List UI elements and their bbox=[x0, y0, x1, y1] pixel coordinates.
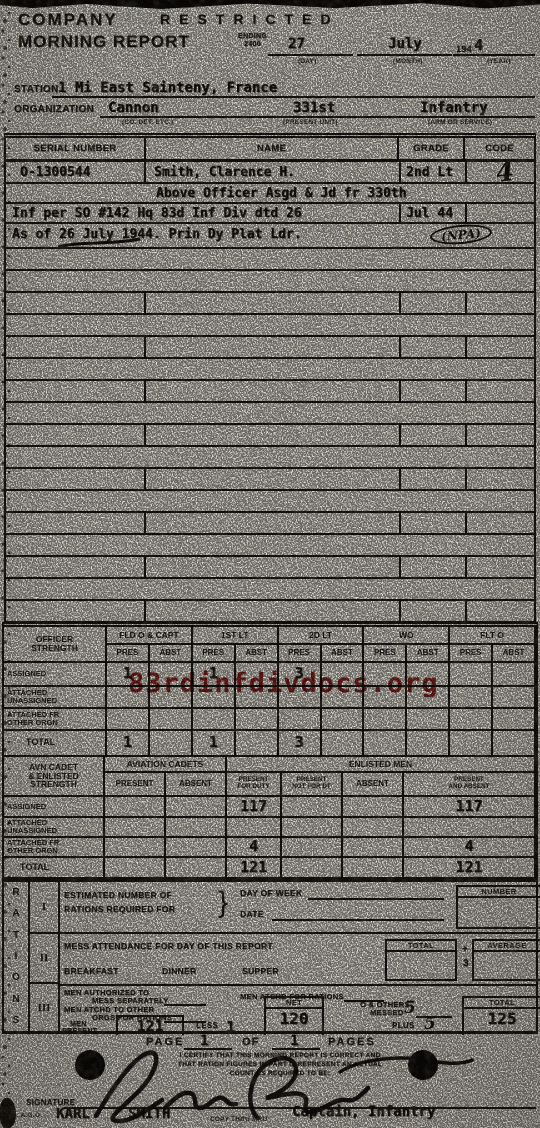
organization-unit-caption: (CO. DET. ETC.) bbox=[122, 119, 173, 126]
roster-entry-row: O-1300544 Smith, Clarence H. 2nd Lt 4 bbox=[6, 162, 534, 184]
side-letter: R bbox=[12, 887, 19, 898]
station-label: STATION bbox=[14, 84, 59, 95]
cell bbox=[282, 797, 343, 818]
cell bbox=[236, 731, 279, 755]
row-label-attached-other: ATTACHED FR OTHER ORGN bbox=[4, 709, 107, 731]
punch-hole-right bbox=[408, 1050, 438, 1080]
station-value: 1 Mi East Sainteny, France bbox=[58, 80, 277, 96]
mess-attendance-label: MESS ATTENDANCE FOR DAY OF THIS REPORT bbox=[64, 941, 273, 951]
rations-part-numerals: I II III bbox=[30, 882, 60, 1031]
cell bbox=[364, 731, 407, 755]
enlisted-attother-pa: 4 bbox=[404, 838, 536, 858]
total-rations-value: 125 bbox=[464, 1009, 540, 1028]
roster-blank-row bbox=[6, 513, 534, 535]
fine-print: COPY THRU MRU bbox=[210, 1116, 267, 1123]
cell bbox=[493, 663, 536, 687]
sub-abst: ABST bbox=[407, 645, 450, 663]
cell bbox=[450, 709, 493, 731]
rations-part-iii-row: MEN AUTHORIZED TO MESS SEPARATELY MEN AT… bbox=[60, 988, 536, 1035]
part-iii: III bbox=[30, 984, 58, 1031]
form-title-line2: MORNING REPORT bbox=[18, 32, 190, 52]
total-box: TOTAL bbox=[385, 939, 457, 981]
group-aviation-cadets: AVIATION CADETS bbox=[105, 757, 227, 773]
punch-hole-left bbox=[75, 1050, 105, 1080]
classification-stamp: RESTRICTED bbox=[160, 11, 339, 27]
number-box-label: NUMBER bbox=[458, 887, 540, 898]
officer-strength-title: OFFICER STRENGTH bbox=[4, 627, 107, 663]
roster-blank-row bbox=[6, 359, 534, 381]
label-line: OTHER ORGN bbox=[7, 847, 58, 855]
total-rations-box: TOTAL 125 bbox=[462, 996, 540, 1035]
officer-total-cell: 1 bbox=[193, 731, 236, 755]
net-box: NET 120 bbox=[264, 996, 324, 1035]
side-letter: A bbox=[12, 908, 19, 919]
roster-blank-row bbox=[6, 601, 534, 623]
col-code: CODE bbox=[465, 138, 534, 159]
roster-blank-row bbox=[6, 469, 534, 491]
roster-blank-row bbox=[6, 447, 534, 469]
col-ac-absent: ABSENT bbox=[166, 773, 227, 797]
roster-blank-row bbox=[6, 337, 534, 359]
ending-word: ENDING bbox=[238, 33, 267, 41]
breakfast-label: BREAKFAST bbox=[64, 966, 119, 976]
side-letter: S bbox=[13, 1015, 20, 1026]
grade-and-arm: Captain, Infantry bbox=[292, 1104, 435, 1120]
cell bbox=[322, 731, 365, 755]
cell bbox=[282, 838, 343, 858]
label-line: ASSIGNED bbox=[7, 803, 46, 811]
enlisted-total-pa: 121 bbox=[404, 858, 536, 877]
cell bbox=[282, 858, 343, 877]
plus-value-handwritten: 5 bbox=[424, 1014, 436, 1034]
organization-line bbox=[100, 116, 535, 118]
roster-blank-row bbox=[6, 293, 534, 315]
sub-abst: ABST bbox=[322, 645, 365, 663]
side-letter: I bbox=[15, 951, 18, 962]
cell bbox=[322, 709, 365, 731]
certification-line-1: I CERTIFY THAT THIS MORNING REPORT IS CO… bbox=[140, 1052, 420, 1059]
group-enlisted-men: ENLISTED MEN bbox=[227, 757, 536, 773]
of-label: OF bbox=[242, 1036, 259, 1048]
scan-corner-blob bbox=[0, 1098, 16, 1128]
title-line: STRENGTH bbox=[30, 780, 77, 789]
form-title-line1: COMPANY bbox=[18, 10, 118, 30]
roster-blank-row bbox=[6, 271, 534, 293]
sub-pres: PRES bbox=[279, 645, 322, 663]
sub-pres: PRES bbox=[450, 645, 493, 663]
dinner-label: DINNER bbox=[162, 966, 196, 976]
entry-name: Smith, Clarence H. bbox=[154, 165, 295, 180]
sub-pres: PRES bbox=[107, 645, 150, 663]
estimated-label-1: ESTIMATED NUMBER OF bbox=[64, 890, 172, 900]
label-line: TOTAL bbox=[26, 738, 55, 747]
cell bbox=[404, 818, 536, 838]
certification-line-3: COUNT AS REQUIRED TO BE: bbox=[140, 1070, 420, 1077]
remark-date: Jul 44 bbox=[406, 206, 453, 221]
remark-handwritten-annotation: (NPA) bbox=[429, 222, 492, 246]
enlisted-strength-title: AVN CADET & ENLISTED STRENGTH bbox=[4, 757, 105, 797]
label-line: OTHER ORGN bbox=[7, 719, 58, 727]
col-em-absent: ABSENT bbox=[343, 773, 404, 797]
rations-content: ESTIMATED NUMBER OF RATIONS REQUIRED FOR… bbox=[60, 882, 536, 1031]
cell bbox=[364, 709, 407, 731]
site-watermark: 83rdinfdivdocs.org bbox=[128, 668, 439, 699]
col-em-present-and-absent: PRESENT AND ABSENT bbox=[404, 773, 536, 797]
cell bbox=[279, 709, 322, 731]
less-label: LESS bbox=[196, 1021, 218, 1030]
roster-blank-row bbox=[6, 535, 534, 557]
cell bbox=[407, 731, 450, 755]
col-serial-number: SERIAL NUMBER bbox=[6, 138, 146, 159]
col-em-present-for-duty: PRESENT FOR DUTY bbox=[227, 773, 282, 797]
mess-separately-label: MESS SEPARATELY bbox=[92, 996, 168, 1005]
ending-time: 2400 bbox=[238, 41, 267, 49]
roster-blank-row bbox=[6, 249, 534, 271]
organization-present-unit: 331st bbox=[293, 100, 335, 116]
side-letter: O bbox=[12, 972, 20, 983]
divisor: 3 bbox=[463, 958, 469, 969]
certification-line-2: THAT RATION FIGURES IN PART III REPRESEN… bbox=[140, 1061, 420, 1068]
row-label-attached-unassigned: ATTACHED UNASSIGNED bbox=[4, 818, 105, 838]
cell bbox=[493, 731, 536, 755]
sub-abst: ABST bbox=[150, 645, 193, 663]
cell bbox=[105, 838, 166, 858]
cell bbox=[105, 818, 166, 838]
group-1st-lt: 1ST LT bbox=[193, 627, 279, 645]
number-box: NUMBER bbox=[456, 885, 540, 929]
cell bbox=[166, 858, 227, 877]
cell bbox=[343, 818, 404, 838]
cell bbox=[236, 709, 279, 731]
average-box-label: AVERAGE bbox=[474, 941, 540, 952]
roster-blank-row bbox=[6, 491, 534, 513]
row-label-total: TOTAL bbox=[4, 858, 105, 877]
roster-table: SERIAL NUMBER NAME GRADE CODE O-1300544 … bbox=[4, 133, 536, 623]
date-year-value: 4 bbox=[474, 36, 483, 54]
roster-blank-row bbox=[6, 579, 534, 601]
roster-remark-row-1: Above Officer Asgd & Jd fr 330th bbox=[6, 184, 534, 204]
date-year-caption: (YEAR) bbox=[487, 58, 511, 65]
cell bbox=[493, 709, 536, 731]
cell bbox=[150, 709, 193, 731]
label-line: AND ABSENT bbox=[448, 784, 489, 791]
officer-total-cell: 1 bbox=[107, 731, 150, 755]
roster-blank-row bbox=[6, 557, 534, 579]
cell bbox=[166, 818, 227, 838]
messed-value-handwritten: 5 bbox=[404, 998, 416, 1018]
cell bbox=[493, 687, 536, 709]
present-label: PRESENT bbox=[62, 1028, 97, 1035]
cell bbox=[407, 709, 450, 731]
remark-text: As of 26 July 1944. Prin Dy Plat Ldr. bbox=[12, 227, 302, 242]
cell bbox=[343, 797, 404, 818]
station-line bbox=[52, 96, 535, 98]
typed-name-last: SMITH bbox=[128, 1106, 170, 1122]
pages-label: PAGES bbox=[328, 1036, 376, 1048]
page-number-line bbox=[184, 1048, 232, 1050]
sub-abst: ABST bbox=[236, 645, 279, 663]
date-month-value: July bbox=[388, 36, 422, 52]
date-month-caption: (MONTH) bbox=[393, 58, 423, 65]
organization-label: ORGANIZATION bbox=[14, 104, 94, 115]
organization-arm: Infantry bbox=[420, 100, 487, 116]
page-total: 1 bbox=[290, 1033, 298, 1049]
less-value: 1 bbox=[226, 1018, 235, 1036]
men-label: MEN bbox=[70, 1021, 86, 1028]
group-flt-o: FLT O bbox=[450, 627, 536, 645]
cell-divider bbox=[465, 162, 467, 182]
officer-total-cell: 3 bbox=[279, 731, 322, 755]
label-line: UNASSIGNED bbox=[7, 697, 57, 705]
cell bbox=[450, 687, 493, 709]
roster-header-row: SERIAL NUMBER NAME GRADE CODE bbox=[6, 138, 534, 162]
remark-text: Inf per SO #142 Hq 83d Inf Div dtd 26 bbox=[12, 206, 302, 221]
col-name: NAME bbox=[146, 138, 399, 159]
cell bbox=[450, 663, 493, 687]
cell bbox=[166, 838, 227, 858]
roster-remark-row-2: Inf per SO #142 Hq 83d Inf Div dtd 26 Ju… bbox=[6, 204, 534, 224]
label-line: UNASSIGNED bbox=[7, 827, 57, 835]
label-line: NOT FOR DT bbox=[292, 784, 330, 791]
date-day-caption: (DAY) bbox=[298, 58, 316, 65]
net-box-label: NET bbox=[266, 998, 322, 1009]
rations-section: R A T I O N S I II III ESTIMATED NUMBER … bbox=[2, 879, 538, 1034]
year-prefix: 194 bbox=[456, 44, 472, 54]
cell bbox=[343, 838, 404, 858]
organization-unit: Cannon bbox=[108, 100, 159, 116]
col-ac-present: PRESENT bbox=[105, 773, 166, 797]
label-line: ASSIGNED bbox=[7, 670, 46, 678]
cell bbox=[107, 709, 150, 731]
supper-label: SUPPER bbox=[242, 966, 279, 976]
row-label-attached-other: ATTACHED FR OTHER ORGN bbox=[4, 838, 105, 858]
page-label: PAGE bbox=[146, 1036, 184, 1048]
scan-top-edge-artifact bbox=[0, 0, 540, 9]
date-month-line bbox=[357, 54, 452, 56]
label-line: TOTAL bbox=[20, 863, 49, 872]
date-day-value: 27 bbox=[288, 36, 305, 52]
date-year-line bbox=[453, 54, 535, 56]
page-total-line bbox=[272, 1048, 320, 1050]
roster-blank-row bbox=[6, 425, 534, 447]
enlisted-attother-pfd: 4 bbox=[227, 838, 282, 858]
total-rations-label: TOTAL bbox=[464, 998, 540, 1009]
cell-divider bbox=[399, 204, 401, 222]
enlisted-assigned-pa: 117 bbox=[404, 797, 536, 818]
typed-name-first: KARL bbox=[56, 1106, 90, 1122]
sub-pres: PRES bbox=[364, 645, 407, 663]
roster-remark-row-3: As of 26 July 1944. Prin Dy Plat Ldr. (N… bbox=[6, 224, 534, 249]
group-2d-lt: 2D LT bbox=[279, 627, 365, 645]
entry-serial: O-1300544 bbox=[20, 165, 90, 180]
plus-label: PLUS bbox=[392, 1021, 415, 1030]
page-number: 1 bbox=[200, 1033, 208, 1049]
average-box: AVERAGE bbox=[472, 939, 540, 981]
rations-side-label: R A T I O N S bbox=[4, 882, 30, 1031]
entry-grade: 2nd Lt bbox=[406, 165, 453, 180]
cell bbox=[343, 858, 404, 877]
cell bbox=[105, 858, 166, 877]
enlisted-total-pfd: 121 bbox=[227, 858, 282, 877]
enlisted-strength-table: AVN CADET & ENLISTED STRENGTH AVIATION C… bbox=[2, 755, 538, 879]
part-i: I bbox=[30, 882, 58, 934]
date-line bbox=[272, 919, 444, 921]
sub-pres: PRES bbox=[193, 645, 236, 663]
brace-glyph: } bbox=[218, 886, 228, 920]
cell bbox=[150, 731, 193, 755]
group-fldo-capt: FLD O & CAPT bbox=[107, 627, 193, 645]
men-present-box: 121 bbox=[116, 1015, 184, 1035]
rations-part-i-row: ESTIMATED NUMBER OF RATIONS REQUIRED FOR… bbox=[60, 882, 536, 934]
mess-separately-line bbox=[164, 1004, 206, 1006]
roster-blank-row bbox=[6, 315, 534, 337]
side-letter: N bbox=[12, 994, 19, 1005]
label-line: FOR DUTY bbox=[237, 784, 269, 791]
cell bbox=[282, 818, 343, 838]
group-wo: WO bbox=[364, 627, 450, 645]
divide-sign: + bbox=[462, 944, 468, 955]
day-of-week-label: DAY OF WEEK bbox=[240, 888, 302, 898]
roster-blank-row bbox=[6, 403, 534, 425]
cell bbox=[227, 818, 282, 838]
ending-label: ENDING 2400 bbox=[238, 33, 267, 48]
day-of-week-line bbox=[308, 898, 444, 900]
cell-divider bbox=[144, 162, 146, 182]
col-grade: GRADE bbox=[399, 138, 465, 159]
side-letter: T bbox=[13, 930, 19, 941]
cell bbox=[166, 797, 227, 818]
cell bbox=[105, 797, 166, 818]
total-box-label: TOTAL bbox=[387, 941, 455, 952]
rations-part-ii-row: MESS ATTENDANCE FOR DAY OF THIS REPORT B… bbox=[60, 936, 536, 986]
estimated-label-2: RATIONS REQUIRED FOR bbox=[64, 904, 175, 914]
cell bbox=[450, 731, 493, 755]
cell bbox=[193, 709, 236, 731]
sub-abst: ABST bbox=[493, 645, 536, 663]
row-label-assigned: ASSIGNED bbox=[4, 663, 107, 687]
date-label: DATE bbox=[240, 909, 264, 919]
enlisted-assigned-pfd: 117 bbox=[227, 797, 282, 818]
net-box-value: 120 bbox=[266, 1009, 322, 1028]
cell-divider bbox=[465, 204, 467, 222]
row-label-assigned: ASSIGNED bbox=[4, 797, 105, 818]
col-em-present-not-for-duty: PRESENT NOT FOR DT bbox=[282, 773, 343, 797]
messed-label: MESSED bbox=[370, 1008, 403, 1017]
cell-divider bbox=[399, 162, 401, 182]
roster-blank-row bbox=[6, 381, 534, 403]
title-line: STRENGTH bbox=[31, 644, 78, 653]
men-present-value: 121 bbox=[118, 1017, 182, 1035]
part-ii: II bbox=[30, 934, 58, 984]
remark-text: Above Officer Asgd & Jd fr 330th bbox=[156, 186, 406, 201]
row-label-attached-unassigned: ATTACHED UNASSIGNED bbox=[4, 687, 107, 709]
row-label-total: TOTAL bbox=[4, 731, 107, 755]
organization-present-unit-caption: (PRESENT UNIT) bbox=[283, 119, 338, 126]
organization-arm-caption: (ARM OR SERVICE) bbox=[428, 119, 492, 126]
morning-report-document: COMPANY RESTRICTED MORNING REPORT ENDING… bbox=[0, 0, 540, 1128]
date-day-line bbox=[268, 54, 353, 56]
